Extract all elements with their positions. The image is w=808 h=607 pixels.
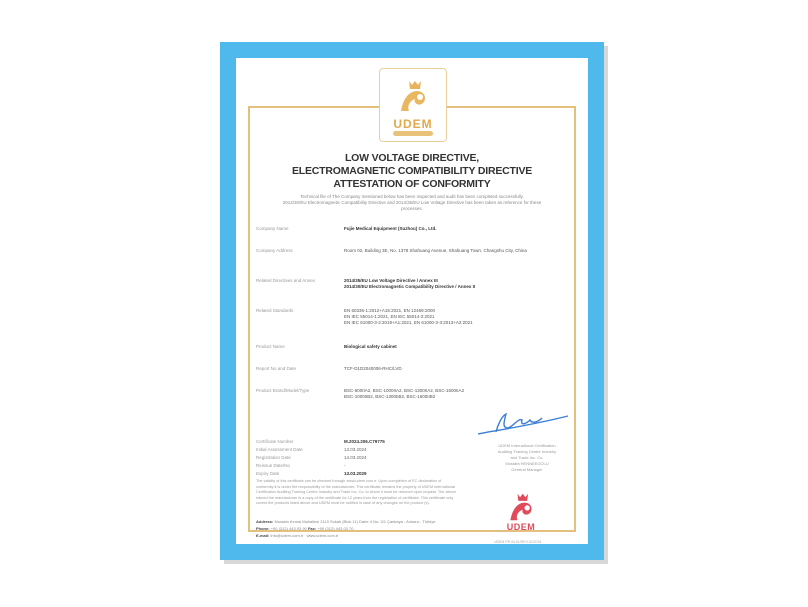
fax-label: Fax: <box>308 526 316 531</box>
lion-crown-icon <box>395 79 431 113</box>
field-product-name: Product Name Biological safety cabinet <box>256 344 568 350</box>
title-line-3: ATTESTATION OF CONFORMITY <box>236 178 588 191</box>
email-value: info@udem.com.tr <box>270 533 303 538</box>
title-line-1: LOW VOLTAGE DIRECTIVE, <box>236 152 588 165</box>
signature <box>468 408 578 438</box>
field-report-no: Report No and Date TCF-D1D2040006-RHC/LV… <box>256 366 568 372</box>
initial-assessment-date: 13.03.2024 <box>344 446 367 454</box>
expiry-date: 13.03.2029 <box>344 470 367 478</box>
udem-logo: UDEM <box>379 68 447 142</box>
fax-value: +90 (312) 443 03 70 <box>317 526 353 531</box>
expiry-row: Expiry Date13.03.2029 <box>256 470 456 478</box>
field-label: Registration Date <box>256 454 344 462</box>
field-company-name: Company Name Fujie Medical Equipment (Su… <box>256 226 568 232</box>
field-label: Product Name <box>256 344 344 350</box>
field-value: Room 02, Building 3E, No. 1378 Shahuang … <box>344 248 568 254</box>
email-label: E-mail: <box>256 533 269 538</box>
udem-stamp: UDEM <box>491 482 551 532</box>
reissue-row: Reissue Date/No- <box>256 462 456 470</box>
registration-row: Registration Date14.03.2024 <box>256 454 456 462</box>
field-label: Company Name <box>256 226 344 232</box>
certificate-document: UDEM LOW VOLTAGE DIRECTIVE, ELECTROMAGNE… <box>220 42 604 560</box>
field-label: Initial Assessment Date <box>256 446 344 454</box>
field-value: TCF-D1D2040006-RHC/LVD <box>344 366 568 372</box>
field-label: Related Standards <box>256 308 344 326</box>
legal-text: The validity of this certificate can be … <box>256 479 456 507</box>
field-label: Product Brand/Model/Type <box>256 388 344 400</box>
field-standards: Related Standards EN 60335-1:2012+A15:20… <box>256 308 568 326</box>
title-line-2: ELECTROMAGNETIC COMPATIBILITY DIRECTIVE <box>236 165 588 178</box>
signatory-block: UDEM International Certification Auditin… <box>472 443 582 473</box>
initial-assessment-row: Initial Assessment Date13.03.2024 <box>256 446 456 454</box>
stamp-text: UDEM <box>507 522 536 532</box>
bone-icon <box>393 131 433 136</box>
lion-crown-stamp-icon <box>503 492 539 522</box>
field-directives: Related Directives and Annex 2014/35/EU … <box>256 278 568 290</box>
field-label: Certificate Number <box>256 438 344 446</box>
field-label: Company Address <box>256 248 344 254</box>
phone-label: Phone: <box>256 526 270 531</box>
certificate-inner: UDEM LOW VOLTAGE DIRECTIVE, ELECTROMAGNE… <box>236 58 588 544</box>
contact-info: Address: Mustafa Kemal Mahallesi 2119 So… <box>256 518 456 539</box>
field-value: EN 60335-1:2012+A15:2021, EN 12469:2000 … <box>344 308 568 326</box>
field-label: Reissue Date/No <box>256 462 344 470</box>
signatory-line: General Manager <box>472 467 582 473</box>
address-value: Mustafa Kemal Mahallesi 2119 Sokak (Blok… <box>274 519 435 524</box>
field-value: Fujie Medical Equipment (Suzhou) Co., Lt… <box>344 226 568 232</box>
field-label: Report No and Date <box>256 366 344 372</box>
field-label: Related Directives and Annex <box>256 278 344 290</box>
field-value: Biological safety cabinet <box>344 344 568 350</box>
logo-text: UDEM <box>393 117 432 131</box>
reissue-date: - <box>344 462 346 470</box>
cert-number-row: Certificate NumberM.2024.206.C79775 <box>256 438 456 446</box>
certificate-title: LOW VOLTAGE DIRECTIVE, ELECTROMAGNETIC C… <box>236 152 588 191</box>
registration-date: 14.03.2024 <box>344 454 367 462</box>
field-value: BSC-600IIA2, BSC-1000IIA2, BSC-1300IIA2,… <box>344 388 568 400</box>
intro-line-2: 2014/30/EU Electromagnetic Compatibility… <box>276 200 548 212</box>
intro-text: Technical file of The Company mentioned … <box>276 194 548 212</box>
certificate-number: M.2024.206.C79775 <box>344 438 385 446</box>
field-product-model: Product Brand/Model/Type BSC-600IIA2, BS… <box>256 388 568 400</box>
address-label: Address: <box>256 519 273 524</box>
field-value: 2014/35/EU Low Voltage Directive / Annex… <box>344 278 568 290</box>
field-company-address: Company Address Room 02, Building 3E, No… <box>256 248 568 254</box>
website-value: www.udem.com.tr <box>307 533 339 538</box>
field-label: Expiry Date <box>256 470 344 478</box>
certificate-info: Certificate NumberM.2024.206.C79775 Init… <box>256 438 456 478</box>
footer-code: UDEM.PR.04.01/REV.01/2024 <box>494 540 541 544</box>
phone-value: +90 (312) 443 03 90 <box>271 526 307 531</box>
